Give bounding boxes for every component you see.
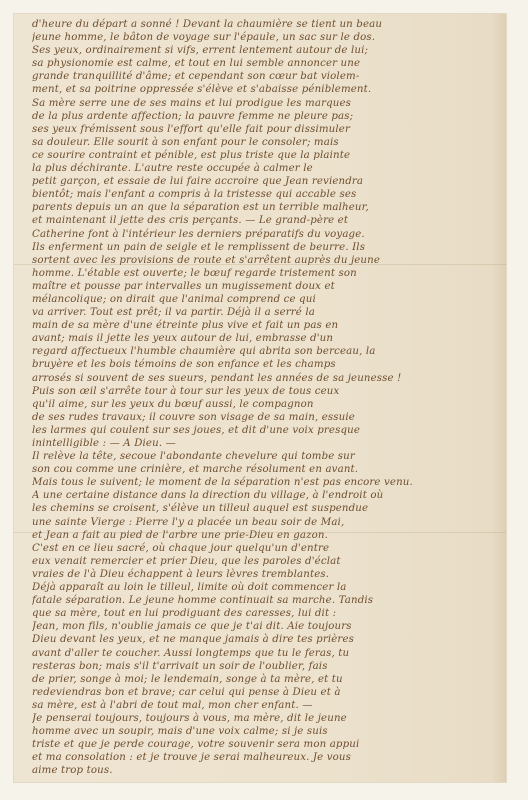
manuscript-line: Sa mère serre une de ses mains et lui pr… [32,97,498,110]
manuscript-line: bientôt; mais l'enfant a compris à la tr… [32,188,498,201]
manuscript-line: jeune homme, le bâton de voyage sur l'ép… [32,31,498,44]
manuscript-line: et Jean a fait au pied de l'arbre une pr… [32,529,498,542]
handwritten-text: d'heure du départ a sonné ! Devant la ch… [32,18,498,777]
manuscript-line: Ils enferment un pain de seigle et le re… [32,241,498,254]
manuscript-line: d'heure du départ a sonné ! Devant la ch… [32,18,498,31]
manuscript-line: Catherine font à l'intérieur les dernier… [32,228,498,241]
manuscript-line: homme avec un soupir, mais d'une voix ca… [32,725,498,738]
manuscript-line: grande tranquillité d'âme; et cependant … [32,70,498,83]
manuscript-line: petit garçon, et essaie de lui faire acc… [32,175,498,188]
manuscript-line: Ses yeux, ordinairement si vifs, errent … [32,44,498,57]
manuscript-line: bruyère et les bois témoins de son enfan… [32,358,498,371]
manuscript-line: sortent avec les provisions de route et … [32,254,498,267]
manuscript-line: les larmes qui coulent sur ses joues, et… [32,424,498,437]
manuscript-line: de la plus ardente affection; la pauvre … [32,110,498,123]
manuscript-line: sa physionomie est calme, et tout en lui… [32,57,498,70]
manuscript-line: vraies de l'à Dieu échappent à leurs lèv… [32,568,498,581]
manuscript-line: redeviendras bon et brave; car celui qui… [32,686,498,699]
manuscript-line: main de sa mère d'une étreinte plus vive… [32,319,498,332]
manuscript-line: Il relève la tête, secoue l'abondante ch… [32,450,498,463]
manuscript-line: sa mère, est à l'abri de tout mal, mon c… [32,699,498,712]
manuscript-line: C'est en ce lieu sacré, où chaque jour q… [32,542,498,555]
manuscript-line: son cou comme une crinière, et marche ré… [32,463,498,476]
manuscript-line: de prier, songe à moi; le lendemain, son… [32,673,498,686]
manuscript-line: la plus déchirante. L'autre reste occupé… [32,162,498,175]
manuscript-line: fatale séparation. Le jeune homme contin… [32,594,498,607]
manuscript-line: mélancolique; on dirait que l'animal com… [32,293,498,306]
manuscript-line: Mais tous le suivent; le moment de la sé… [32,476,498,489]
manuscript-line: Déjà apparaît au loin le tilleul, limite… [32,581,498,594]
manuscript-line: ses yeux frémissent sous l'effort qu'ell… [32,123,498,136]
manuscript-line: que sa mère, tout en lui prodiguant des … [32,607,498,620]
manuscript-line: regard affectueux l'humble chaumière qui… [32,345,498,358]
manuscript-line: va arriver. Tout est prêt; il va partir.… [32,306,498,319]
manuscript-line: parents depuis un an que la séparation e… [32,201,498,214]
manuscript-line: avant; mais il jette les yeux autour de … [32,332,498,345]
manuscript-line: Jean, mon fils, n'oublie jamais ce que j… [32,620,498,633]
manuscript-line: les chemins se croisent, s'élève un till… [32,502,498,515]
manuscript-line: avant d'aller te coucher. Aussi longtemp… [32,647,498,660]
manuscript-line: A une certaine distance dans la directio… [32,489,498,502]
manuscript-line: ce sourire contraint et pénible, est plu… [32,149,498,162]
manuscript-line: Je penserai toujours, toujours à vous, m… [32,712,498,725]
manuscript-line: et ma consolation : et je trouve je sera… [32,751,498,764]
manuscript-line: Puis son œil s'arrête tour à tour sur le… [32,385,498,398]
manuscript-line: homme. L'étable est ouverte; le bœuf reg… [32,267,498,280]
manuscript-line: triste et que je perde courage, votre so… [32,738,498,751]
manuscript-line: qu'il aime, sur les yeux du bœuf aussi, … [32,398,498,411]
manuscript-line: maître et pousse par intervalles un mugi… [32,280,498,293]
manuscript-line: eux venait remercier et prier Dieu, que … [32,555,498,568]
manuscript-line: Dieu devant les yeux, et ne manque jamai… [32,633,498,646]
manuscript-line: ment, et sa poitrine oppressée s'élève e… [32,83,498,96]
manuscript-line: aime trop tous. [32,764,498,777]
manuscript-line: et maintenant il jette des cris perçants… [32,214,498,227]
manuscript-line: de ses rudes travaux; il couvre son visa… [32,411,498,424]
manuscript-line: sa douleur. Elle sourit à son enfant pou… [32,136,498,149]
manuscript-line: inintelligible : — A Dieu. — [32,437,498,450]
manuscript-page: d'heure du départ a sonné ! Devant la ch… [14,14,506,782]
manuscript-line: une sainte Vierge : Pierre l'y a placée … [32,516,498,529]
manuscript-line: arrosés si souvent de ses sueurs, pendan… [32,372,498,385]
manuscript-line: resteras bon; mais s'il t'arrivait un so… [32,660,498,673]
